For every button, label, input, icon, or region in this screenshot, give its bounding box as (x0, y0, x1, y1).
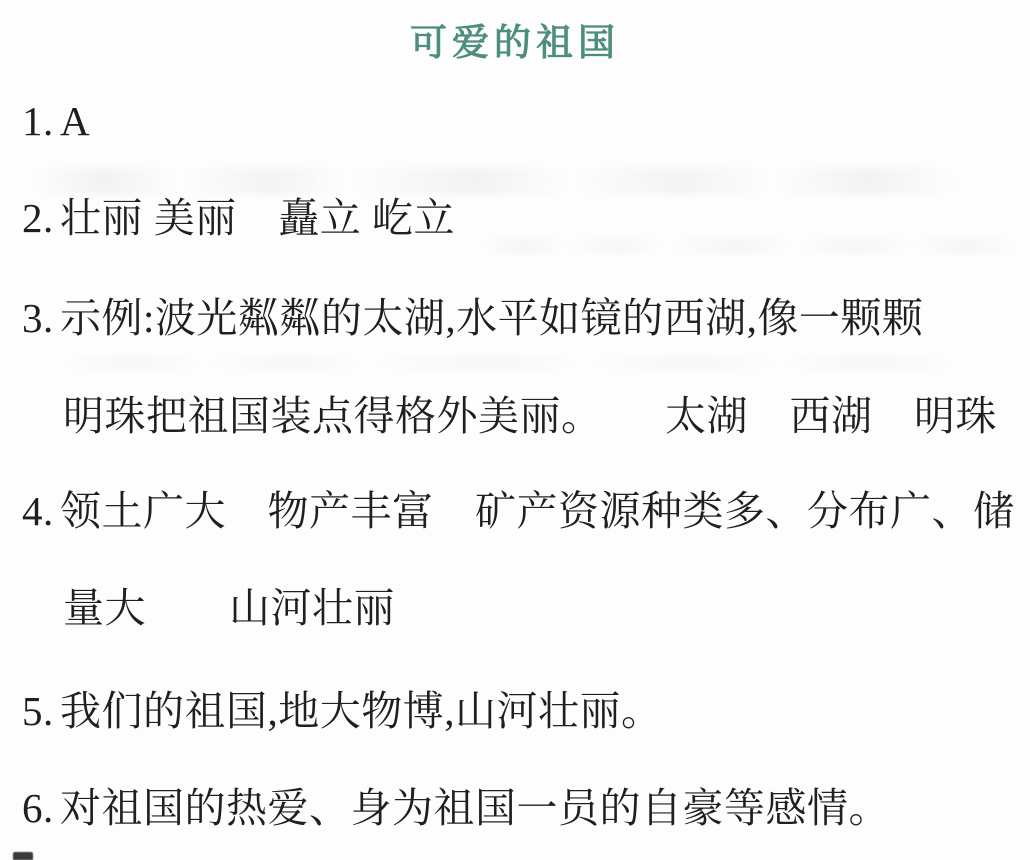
answer-text: 明珠把祖国装点得格外美丽。 太湖 西湖 明珠 (63, 393, 997, 439)
answer-number: 5. (22, 688, 60, 735)
answer-number: 3. (22, 295, 60, 342)
answer-text: 量大 山河壮丽 (63, 585, 395, 631)
answer-number: 2. (22, 195, 60, 242)
answer-text: 我们的祖国,地大物博,山河壮丽。 (60, 688, 663, 734)
answer-line-2: 2.壮丽 美丽 矗立 屹立 (22, 195, 455, 242)
answer-line-4-continuation: 量大 山河壮丽 (63, 585, 395, 632)
page-title: 可爱的祖国 (0, 12, 1030, 66)
answer-line-1: 1.A (22, 98, 90, 145)
answer-line-6: 6.对祖国的热爱、身为祖国一员的自豪等感情。 (22, 785, 890, 832)
scan-edge-artifact (13, 852, 33, 860)
scan-bleedthrough-smudge (60, 356, 960, 370)
answer-line-4: 4.领土广大 物产丰富 矿产资源种类多、分布广、储 (22, 488, 1015, 535)
answer-number: 1. (22, 98, 60, 145)
answer-line-3-continuation: 明珠把祖国装点得格外美丽。 太湖 西湖 明珠 (63, 393, 997, 440)
answer-text: 对祖国的热爱、身为祖国一员的自豪等感情。 (60, 785, 890, 831)
answer-number: 6. (22, 785, 60, 832)
answer-text: 壮丽 美丽 矗立 屹立 (60, 195, 455, 241)
answer-text: 示例:波光粼粼的太湖,水平如镜的西湖,像一颗颗 (60, 295, 923, 341)
answer-line-3: 3.示例:波光粼粼的太湖,水平如镜的西湖,像一颗颗 (22, 295, 923, 342)
scanned-answer-page: 可爱的祖国 1.A 2.壮丽 美丽 矗立 屹立 3.示例:波光粼粼的太湖,水平如… (0, 0, 1030, 860)
scan-bleedthrough-smudge (480, 238, 1020, 254)
scan-bleedthrough-smudge (30, 168, 960, 194)
answer-line-5: 5.我们的祖国,地大物博,山河壮丽。 (22, 688, 663, 735)
answer-number: 4. (22, 488, 60, 535)
answer-text: A (60, 98, 90, 144)
answer-text: 领土广大 物产丰富 矿产资源种类多、分布广、储 (60, 488, 1015, 534)
